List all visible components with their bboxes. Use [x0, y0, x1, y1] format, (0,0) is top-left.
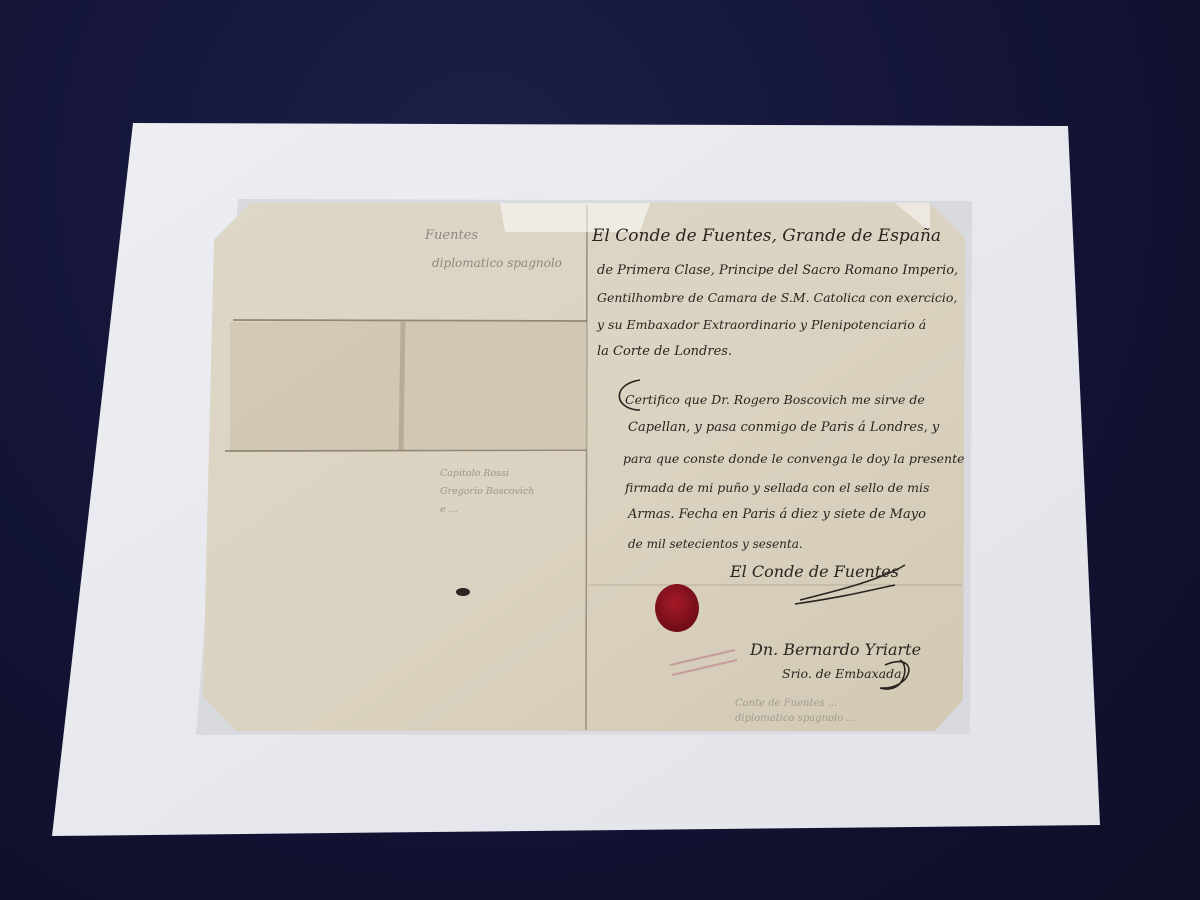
- heading-line-4: y su Embaxador Extraordinario y Plenipot…: [597, 317, 926, 332]
- fold-line-upper: [233, 320, 587, 321]
- pencil-note-middle-3: e ...: [440, 504, 458, 515]
- stain-band: [230, 322, 587, 450]
- pencil-note-bottom-right-2: diplomatico spagnolo ...: [735, 713, 856, 724]
- pencil-note-top-1: Fuentes: [425, 228, 478, 243]
- fold-line-vertical: [586, 205, 587, 730]
- pencil-note-middle-2: Gregorio Boscovich: [440, 486, 534, 497]
- ink-blot: [456, 588, 470, 596]
- body-line-6: de mil setecientos y sesenta.: [628, 537, 803, 551]
- pencil-note-top-2: diplomatico spagnolo: [432, 256, 562, 270]
- countersignature-title: Srio. de Embaxada: [782, 666, 902, 681]
- heading-line-2: de Primera Clase, Principe del Sacro Rom…: [597, 263, 958, 278]
- pencil-note-bottom-right-1: Conte de Fuentes ...: [735, 698, 837, 709]
- pencil-note-middle-1: Capitolo Rossi: [440, 468, 509, 479]
- stain-vertical: [401, 322, 403, 450]
- countersignature-name: Dn. Bernardo Yriarte: [750, 640, 921, 659]
- signature: El Conde de Fuentes: [730, 562, 899, 581]
- wax-seal: [655, 584, 699, 632]
- heading-line-1: El Conde de Fuentes, Grande de España: [592, 226, 941, 246]
- body-line-2: Capellan, y pasa conmigo de Paris á Lond…: [628, 420, 939, 435]
- heading-line-5: la Corte de Londres.: [597, 344, 732, 359]
- fold-line-lower: [225, 450, 587, 451]
- body-line-4: firmada de mi puño y sellada con el sell…: [625, 480, 929, 495]
- body-line-1: Certifico que Dr. Rogero Boscovich me si…: [625, 392, 925, 407]
- mat-and-document: [0, 0, 1200, 900]
- body-line-3: para que conste donde le convenga le doy…: [623, 451, 965, 466]
- body-line-5: Armas. Fecha en Paris á diez y siete de …: [628, 507, 926, 522]
- heading-line-3: Gentilhombre de Camara de S.M. Catolica …: [597, 290, 957, 305]
